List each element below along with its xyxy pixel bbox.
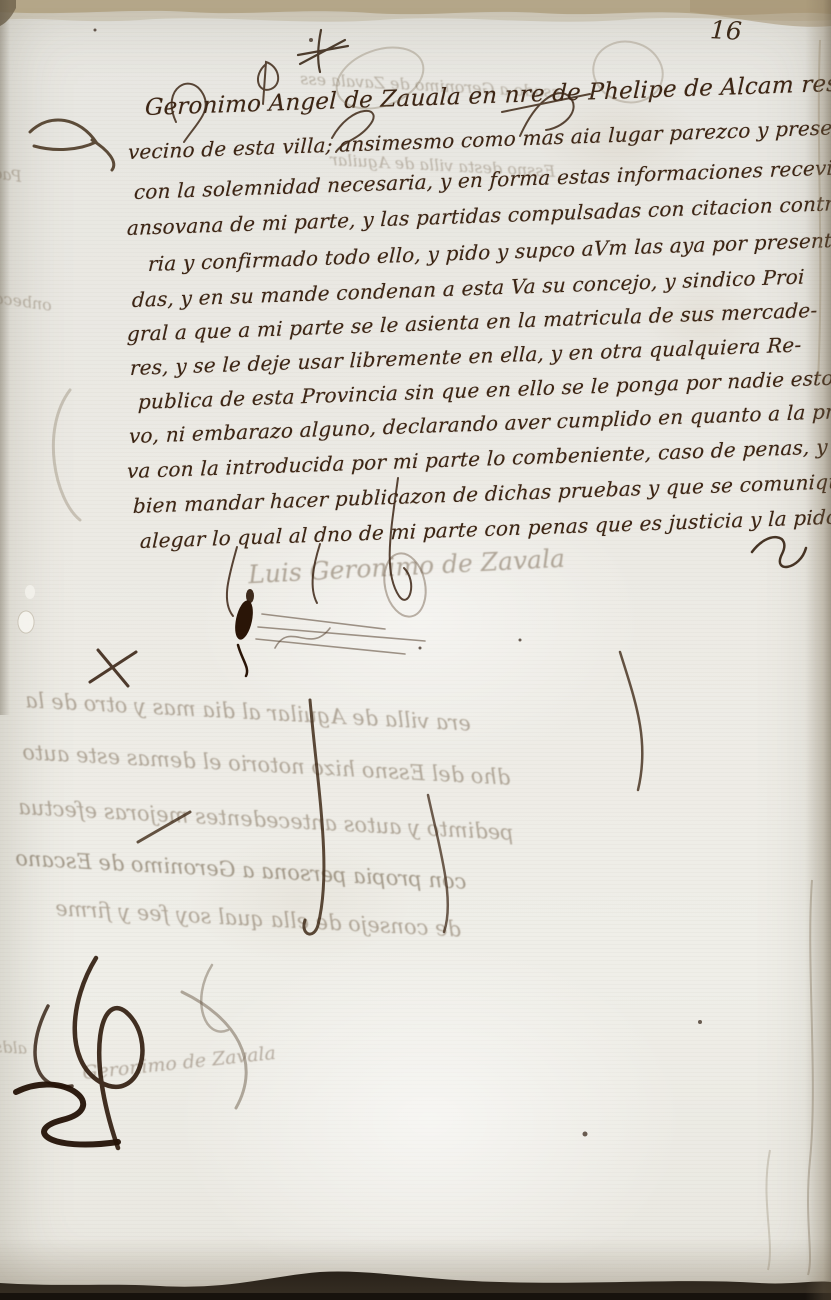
strike-through-scribble <box>256 614 425 654</box>
bleedthrough-line: de consejo de ella qual soy fee y firme <box>55 896 462 941</box>
manuscript-page: ssado a Geronimo de Zavala ess Essno des… <box>0 0 831 1300</box>
left-page-edge <box>0 0 10 715</box>
page-number: 16 <box>709 15 742 46</box>
right-page-edge <box>805 0 831 1300</box>
header-cross-icon <box>298 30 348 72</box>
manuscript-line: Geronimo Angel de Zauala en nre de Pheli… <box>145 70 831 121</box>
end-rubric-flourish <box>752 537 806 567</box>
ink-blot <box>232 589 256 676</box>
bleedthrough-line: pedimto y autos antecedentes mejoras efe… <box>18 795 515 845</box>
diagonal-pen-strokes <box>138 652 642 934</box>
pinholes <box>18 585 35 633</box>
bleedthrough-edge-snippet: alds <box>0 1037 28 1058</box>
ghost-signature-bottom: Geronimo de Zavala <box>81 1042 276 1084</box>
bleedthrough-line: con propia persona a Geronimo de Escano <box>15 846 467 894</box>
bleedthrough-line: era villa de Aguilar al dia mas y otro d… <box>25 688 472 735</box>
bottom-edge-shadow <box>0 1238 831 1293</box>
margin-ink-mark <box>30 120 114 170</box>
ghost-signature-middle: Luis Geronimo de Zavala <box>247 544 565 590</box>
bleedthrough-line: dho del Essno hizo notorio el demas este… <box>22 740 511 790</box>
x-ink-mark <box>90 650 136 686</box>
top-deckle-edge <box>0 0 831 27</box>
manuscript-line: vecino de esta villa; ansimesmo como mas… <box>128 114 831 164</box>
